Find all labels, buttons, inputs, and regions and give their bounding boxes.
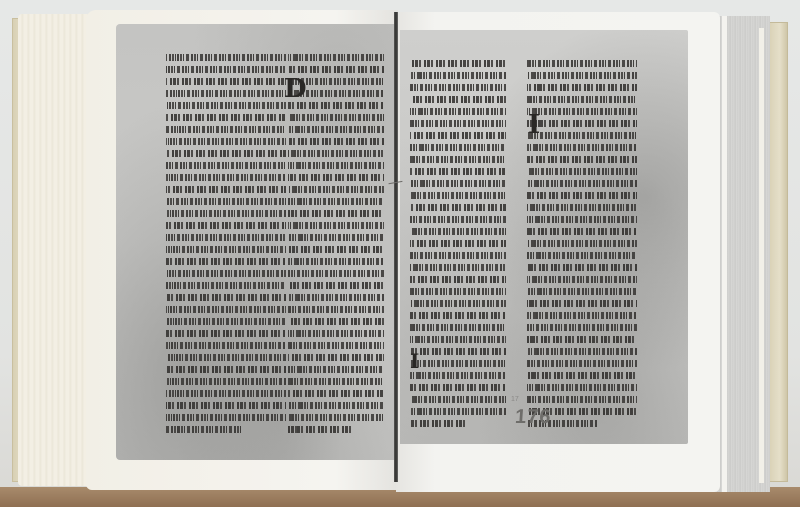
manuscript-line <box>527 276 637 283</box>
manuscript-line <box>288 294 384 301</box>
manuscript-line <box>410 324 506 331</box>
manuscript-line <box>410 360 506 367</box>
manuscript-line <box>166 378 286 385</box>
manuscript-line <box>527 120 637 127</box>
manuscript-line <box>288 126 384 133</box>
decorated-initial: I <box>410 348 419 374</box>
manuscript-line <box>288 306 384 313</box>
manuscript-line <box>166 318 286 325</box>
manuscript-line <box>527 156 637 163</box>
decorated-initial: I <box>528 112 540 138</box>
manuscript-line <box>527 240 637 247</box>
manuscript-line <box>166 402 286 409</box>
manuscript-line <box>288 342 384 349</box>
manuscript-line <box>410 372 506 379</box>
manuscript-line <box>527 360 637 367</box>
manuscript-line <box>288 390 384 397</box>
manuscript-line <box>288 402 384 409</box>
manuscript-line <box>288 330 384 337</box>
manuscript-line <box>288 162 384 169</box>
manuscript-line <box>288 270 384 277</box>
manuscript-line <box>288 318 384 325</box>
manuscript-line <box>166 138 286 145</box>
manuscript-line <box>410 408 506 415</box>
manuscript-line <box>166 54 286 61</box>
manuscript-line <box>410 288 506 295</box>
manuscript-line <box>288 378 384 385</box>
manuscript-line <box>527 348 637 355</box>
manuscript-line <box>527 216 637 223</box>
manuscript-line <box>410 216 506 223</box>
manuscript-plate-left: D <box>116 24 394 460</box>
manuscript-line <box>288 66 384 73</box>
manuscript-line <box>166 210 286 217</box>
manuscript-line <box>166 78 286 85</box>
manuscript-line <box>410 72 506 79</box>
manuscript-plate-right: I I <box>400 30 688 444</box>
manuscript-line <box>410 312 506 319</box>
manuscript-line <box>166 354 286 361</box>
manuscript-line <box>166 426 243 433</box>
manuscript-line <box>166 342 286 349</box>
text-column <box>410 60 510 432</box>
manuscript-line <box>410 420 466 427</box>
manuscript-line <box>410 144 506 151</box>
manuscript-line <box>166 114 286 121</box>
manuscript-line <box>527 84 637 91</box>
manuscript-line <box>288 150 384 157</box>
manuscript-line <box>288 138 384 145</box>
manuscript-line <box>288 366 384 373</box>
manuscript-line <box>166 414 286 421</box>
manuscript-line <box>288 54 384 61</box>
manuscript-line <box>410 300 506 307</box>
manuscript-line <box>166 90 286 97</box>
manuscript-line <box>527 252 637 259</box>
manuscript-line <box>166 162 286 169</box>
manuscript-line <box>410 108 506 115</box>
manuscript-line <box>410 336 506 343</box>
manuscript-line <box>288 210 384 217</box>
manuscript-line <box>527 192 637 199</box>
manuscript-line <box>410 204 506 211</box>
manuscript-line <box>166 294 286 301</box>
manuscript-line <box>527 108 637 115</box>
manuscript-line <box>288 282 384 289</box>
manuscript-line <box>166 246 286 253</box>
manuscript-line <box>527 372 637 379</box>
manuscript-line <box>527 60 637 67</box>
manuscript-line <box>166 102 286 109</box>
page-number: 176 <box>514 406 552 429</box>
manuscript-line <box>527 264 637 271</box>
manuscript-line <box>288 234 384 241</box>
manuscript-line <box>410 252 506 259</box>
manuscript-line <box>410 384 506 391</box>
manuscript-line <box>410 180 506 187</box>
manuscript-line <box>527 144 637 151</box>
manuscript-line <box>166 306 286 313</box>
manuscript-line <box>410 348 506 355</box>
manuscript-line <box>527 228 637 235</box>
manuscript-line <box>410 120 506 127</box>
manuscript-line <box>166 390 286 397</box>
manuscript-line <box>166 366 286 373</box>
manuscript-line <box>527 324 637 331</box>
manuscript-line <box>410 156 506 163</box>
manuscript-line <box>288 174 384 181</box>
manuscript-line <box>527 336 637 343</box>
manuscript-line <box>166 270 286 277</box>
manuscript-line <box>527 96 637 103</box>
manuscript-line <box>527 384 637 391</box>
manuscript-line <box>527 312 637 319</box>
pencil-mark: 17 <box>511 396 519 403</box>
book-photo: D I I 17 176 <box>0 0 800 507</box>
manuscript-line <box>410 96 506 103</box>
manuscript-line <box>288 186 384 193</box>
manuscript-line <box>166 126 286 133</box>
manuscript-line <box>527 396 637 403</box>
manuscript-line <box>166 222 286 229</box>
book-gutter <box>394 12 398 482</box>
page-stack-right <box>712 16 770 492</box>
manuscript-line <box>527 180 637 187</box>
book-cover-right-edge <box>768 22 788 482</box>
manuscript-line <box>410 192 506 199</box>
manuscript-line <box>410 84 506 91</box>
manuscript-line <box>166 330 286 337</box>
text-column <box>288 54 384 438</box>
manuscript-line <box>527 72 637 79</box>
manuscript-line <box>410 276 506 283</box>
manuscript-line <box>166 258 286 265</box>
manuscript-line <box>288 198 384 205</box>
manuscript-line <box>527 288 637 295</box>
manuscript-line <box>527 132 637 139</box>
decorated-initial: D <box>284 76 307 102</box>
manuscript-line <box>410 264 506 271</box>
manuscript-line <box>410 228 506 235</box>
manuscript-line <box>410 168 506 175</box>
manuscript-line <box>410 132 506 139</box>
manuscript-line <box>166 66 286 73</box>
manuscript-line <box>527 168 637 175</box>
manuscript-line <box>166 282 286 289</box>
manuscript-line <box>288 414 384 421</box>
manuscript-line <box>166 234 286 241</box>
manuscript-line <box>166 198 286 205</box>
manuscript-line <box>288 222 384 229</box>
manuscript-line <box>288 246 384 253</box>
page-edge-strip <box>722 16 727 492</box>
manuscript-line <box>410 60 506 67</box>
manuscript-line <box>288 354 384 361</box>
manuscript-line <box>410 240 506 247</box>
manuscript-line <box>166 186 286 193</box>
text-column <box>166 54 290 438</box>
page-edge-strip-inner <box>759 28 764 483</box>
manuscript-line <box>410 396 506 403</box>
manuscript-line <box>288 114 384 121</box>
manuscript-line <box>288 426 354 433</box>
manuscript-line <box>288 258 384 265</box>
manuscript-line <box>166 174 286 181</box>
manuscript-line <box>166 150 286 157</box>
manuscript-line <box>527 204 637 211</box>
manuscript-line <box>527 300 637 307</box>
text-column <box>527 60 638 432</box>
